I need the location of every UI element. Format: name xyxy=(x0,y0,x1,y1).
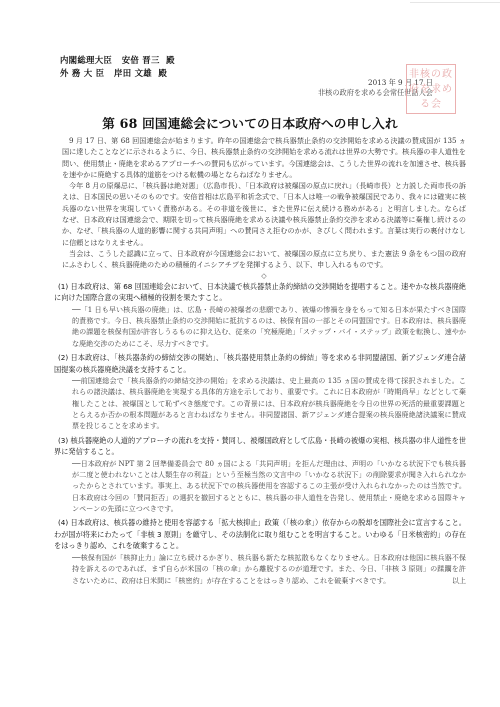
addressee-honorific: 殿 xyxy=(158,68,167,78)
intro-paragraph-2: 今年 8 月の原爆忌に、「核兵器は絶対悪」（広島市長）、「日本政府は被爆国の原点… xyxy=(62,180,466,248)
request-explanation: ──「1 日も早い核兵器の廃絶」は、広島・長崎の被爆者の悲願であり、被爆の惨禍を… xyxy=(72,304,466,349)
request-heading: (1) 日本政府は、第 68 回国連総会において、日本決議で核兵器禁止条約締結の… xyxy=(54,281,466,304)
addressee-honorific: 殿 xyxy=(166,55,175,65)
request-heading: (2) 日本政府は、「核兵器条約の締結交渉の開始」、「核兵器使用禁止条約の締結」… xyxy=(54,352,466,375)
closing-mark: 以上 xyxy=(452,575,466,586)
stamp-text: 非核の政府を求める会 xyxy=(409,69,453,110)
document-title: 第 68 回国連総会についての日本政府への申し入れ xyxy=(0,113,500,132)
request-item-2: (2) 日本政府は、「核兵器条約の締結交渉の開始」、「核兵器使用禁止条約の締結」… xyxy=(62,352,466,432)
request-explanation: ──日本政府が NPT 第 2 回準備委員会で 80 ヵ国による「共同声明」を拒… xyxy=(72,458,466,514)
document-page: 内閣総理大臣 安倍 晋三 殿 外 務 大 臣 岸田 文雄 殿 2013 年 9 … xyxy=(0,0,500,707)
addressee-name: 岸田 文雄 xyxy=(114,68,152,78)
seal-stamp-icon: 非核の政府を求める会 xyxy=(406,64,456,114)
addressee-foreign-minister: 外 務 大 臣 岸田 文雄 殿 xyxy=(60,67,175,80)
addressee-title: 内閣総理大臣 xyxy=(60,55,112,65)
addressee-prime-minister: 内閣総理大臣 安倍 晋三 殿 xyxy=(60,54,175,67)
request-item-1: (1) 日本政府は、第 68 回国連総会において、日本決議で核兵器禁止条約締結の… xyxy=(62,281,466,349)
section-separator-diamond-icon: ◇ xyxy=(62,271,466,281)
request-heading: (3) 核兵器廃絶の人道的アプローチの流れを支持・賛同し、被爆国政府として広島・… xyxy=(54,435,466,458)
addressee-block: 内閣総理大臣 安倍 晋三 殿 外 務 大 臣 岸田 文雄 殿 xyxy=(60,54,175,80)
request-explanation: ──核保有国が「核抑止力」論に立ち続けるかぎり、核兵器も新たな核拡散もなくなりま… xyxy=(72,553,466,585)
request-item-3: (3) 核兵器廃絶の人道的アプローチの流れを支持・賛同し、被爆国政府として広島・… xyxy=(62,435,466,515)
scan-edge-line xyxy=(410,2,500,3)
intro-paragraph-1: 9 月 17 日、第 68 回国連総会が始まります。昨年の国連総会で核兵器禁止条… xyxy=(62,135,466,180)
addressee-name: 安倍 晋三 xyxy=(122,55,160,65)
request-explanation: ──前国連総会で「核兵器条約の締結交渉の開始」を求める決議は、史上最高の 135… xyxy=(72,375,466,431)
request-item-4: (4) 日本政府は、核兵器の維持と使用を容認する「拡大核抑止」政策（「核の傘」）… xyxy=(62,517,466,586)
document-body: 9 月 17 日、第 68 回国連総会が始まります。昨年の国連総会で核兵器禁止条… xyxy=(62,135,466,586)
request-heading: (4) 日本政府は、核兵器の維持と使用を容認する「拡大核抑止」政策（「核の傘」）… xyxy=(54,517,466,552)
addressee-title: 外 務 大 臣 xyxy=(60,68,104,78)
request-explanation-wrap: ──核保有国が「核抑止力」論に立ち続けるかぎり、核兵器も新たな核拡散もなくなりま… xyxy=(72,552,466,586)
intro-paragraph-3: 当会は、こうした認識に立って、日本政府が今国連総会において、被爆国の原点に立ち戻… xyxy=(62,248,466,271)
